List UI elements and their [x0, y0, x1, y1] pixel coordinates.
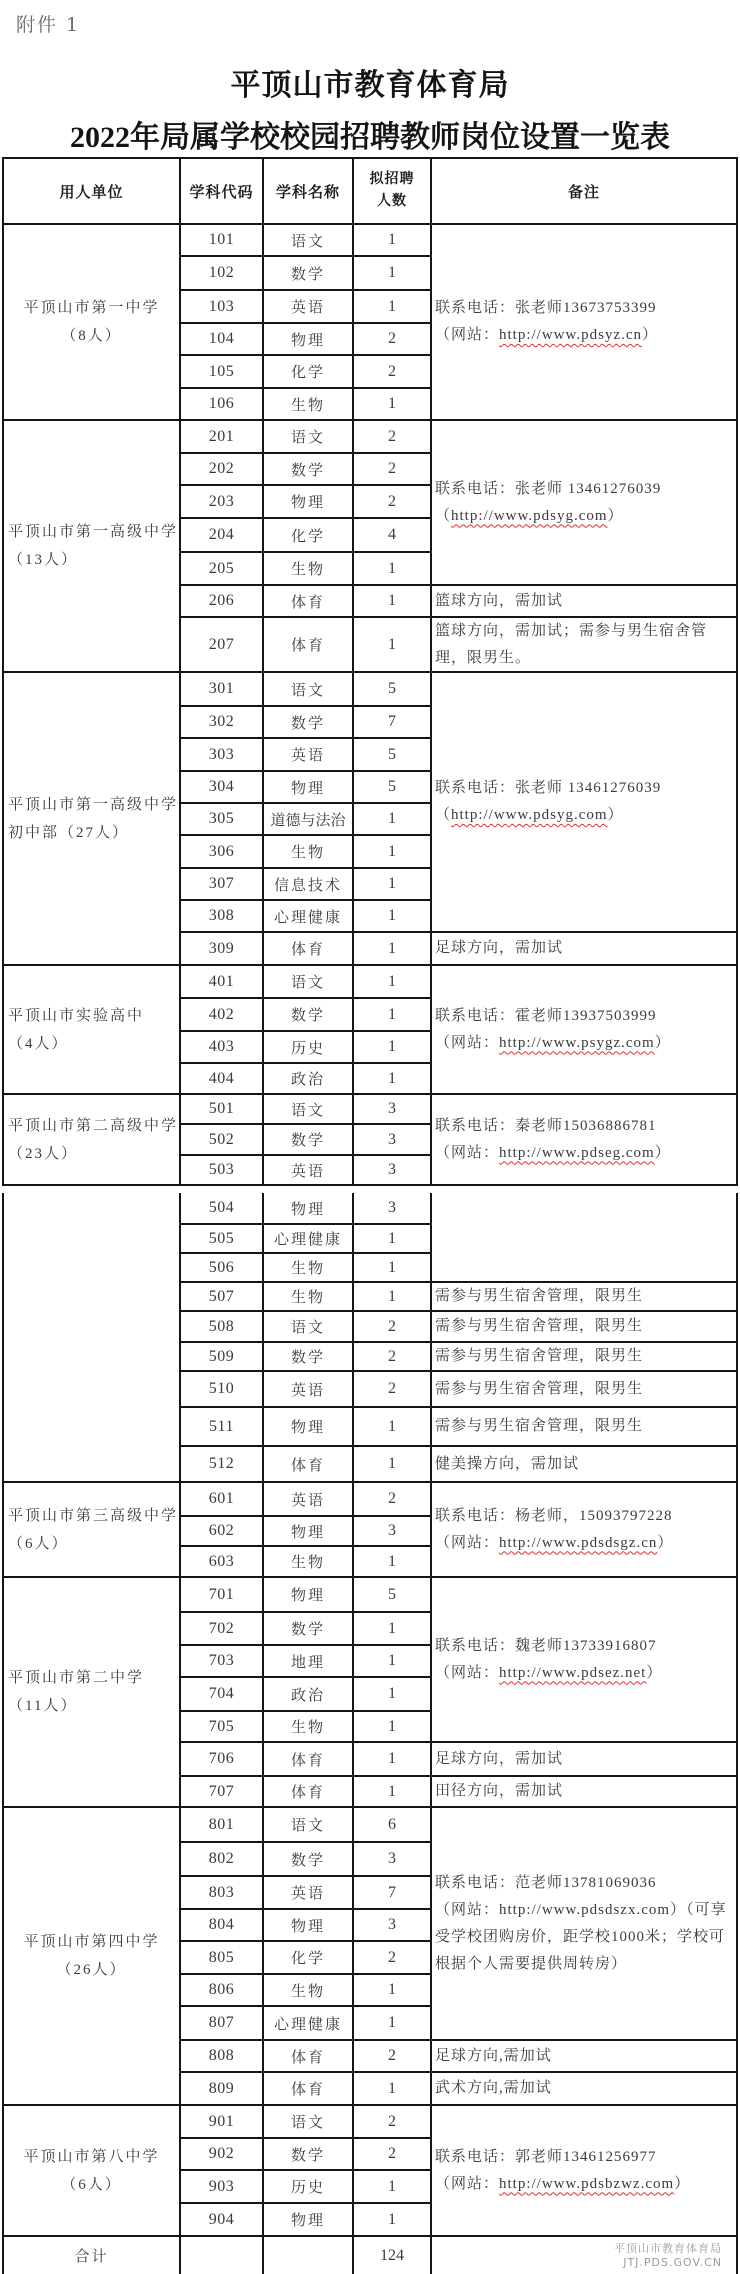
- contact-remark-cell: 联系电话：霍老师13937503999 （网站：http://www.psygz…: [432, 966, 738, 1095]
- contact-website: （网站：http://www.psygz.com）: [435, 1030, 671, 1057]
- contact-remark-cell: 联系电话：张老师13673753399 （网站：http://www.pdsyz…: [432, 225, 738, 421]
- subject-code-cell: 203: [181, 486, 264, 519]
- subject-name-cell: 物理: [264, 1517, 354, 1547]
- subject-name-cell: 心理健康: [264, 1225, 354, 1254]
- recruitment-table-part-1: 用人单位 学科代码 学科名称 拟招聘 人数 备注 平顶山市第一中学 （8人） 联…: [2, 157, 738, 1186]
- subject-name-cell: 生物: [264, 836, 354, 869]
- subject-name-cell: 语文: [264, 2106, 354, 2139]
- subject-name-cell: 数学: [264, 707, 354, 739]
- planned-count-cell: 1: [354, 1613, 432, 1646]
- row-remark-cell: 需参与男生宿舍管理，限男生: [432, 1343, 738, 1372]
- subject-code-cell: 509: [181, 1343, 264, 1372]
- planned-count-cell: 2: [354, 2139, 432, 2171]
- contact-phone: 联系电话：秦老师15036886781: [435, 1113, 657, 1140]
- subject-name-cell: 数学: [264, 454, 354, 486]
- planned-count-cell: 1: [354, 1646, 432, 1678]
- subject-name-cell: 数学: [264, 1843, 354, 1877]
- subject-code-cell: 507: [181, 1283, 264, 1312]
- subject-code-cell: 804: [181, 1910, 264, 1942]
- unit-quota: （11人）: [8, 1692, 77, 1720]
- contact-remark-cell: 联系电话：张老师 13461276039 （http://www.pdsyg.c…: [432, 421, 738, 586]
- planned-count-cell: 7: [354, 1877, 432, 1910]
- planned-count-cell: 1: [354, 2007, 432, 2041]
- header-planned-count-line2: 人数: [377, 191, 407, 213]
- contact-website: （网站：http://www.pdsbzwz.com）: [435, 2171, 690, 2198]
- contact-phone: 联系电话：郭老师13461256977: [435, 2144, 657, 2171]
- subject-code-cell: 308: [181, 901, 264, 933]
- website-suffix: ）: [674, 2176, 690, 2192]
- subject-name-cell: 物理: [264, 1408, 354, 1447]
- document-title: 平顶山市教育体育局: [0, 60, 740, 104]
- header-subject-name: 学科名称: [264, 159, 354, 225]
- website-suffix: ）: [655, 1145, 671, 1161]
- subject-name-cell: 体育: [264, 2073, 354, 2106]
- planned-count-cell: 1: [354, 2171, 432, 2204]
- watermark-line1: 平顶山市教育体育局: [614, 2242, 722, 2256]
- subject-code-cell: 803: [181, 1877, 264, 1910]
- contact-website: （网站：http://www.pdsyz.cn）: [435, 322, 658, 349]
- subject-name-cell: 数学: [264, 1343, 354, 1372]
- subject-name-cell: 语文: [264, 1808, 354, 1843]
- subject-code-cell: 105: [181, 356, 264, 389]
- contact-phone: 联系电话：张老师 13461276039: [435, 476, 661, 503]
- subject-name-cell: 体育: [264, 2041, 354, 2073]
- planned-count-cell: 1: [354, 1254, 432, 1283]
- planned-count-cell: 1: [354, 618, 432, 673]
- subject-name-cell: 物理: [264, 2204, 354, 2237]
- subject-name-cell: 生物: [264, 1254, 354, 1283]
- planned-count-cell: 3: [354, 1843, 432, 1877]
- planned-count-cell: 1: [354, 999, 432, 1032]
- subject-name-cell: 历史: [264, 1032, 354, 1064]
- watermark: 平顶山市教育体育局 JTJ.PDS.GOV.CN: [432, 2237, 738, 2274]
- header-planned-count: 拟招聘 人数: [354, 159, 432, 225]
- contact-phone: 联系电话：杨老师，15093797228: [435, 1503, 673, 1530]
- planned-count-cell: 2: [354, 454, 432, 486]
- subject-name-cell: 地理: [264, 1646, 354, 1678]
- planned-count-cell: 1: [354, 836, 432, 869]
- subject-name-cell: 道德与法治: [264, 804, 354, 836]
- row-remark-cell: 足球方向,需加试: [432, 2041, 738, 2073]
- subject-name-cell: 政治: [264, 1064, 354, 1095]
- website-prefix: （网站：: [435, 1035, 499, 1051]
- watermark-line2: JTJ.PDS.GOV.CN: [623, 2256, 722, 2270]
- subject-code-cell: 512: [181, 1447, 264, 1483]
- planned-count-cell: 1: [354, 553, 432, 586]
- unit-quota: （23人）: [8, 1140, 78, 1168]
- planned-count-cell: 1: [354, 1225, 432, 1254]
- subject-code-cell: 306: [181, 836, 264, 869]
- planned-count-cell: 2: [354, 356, 432, 389]
- planned-count-cell: 4: [354, 519, 432, 553]
- contact-website: （网站：http://www.pdsdszx.com）（可享受学校团购房价，距学…: [435, 1897, 734, 1978]
- subject-name-cell: 语文: [264, 673, 354, 707]
- planned-count-cell: 1: [354, 257, 432, 291]
- unit-quota: （6人）: [61, 2171, 122, 2199]
- subject-code-cell: 404: [181, 1064, 264, 1095]
- unit-name: 平顶山市第一高级中学: [8, 518, 178, 546]
- subject-code-cell: 706: [181, 1743, 264, 1777]
- website-url: http://www.psygz.com: [499, 1035, 655, 1051]
- contact-remark-cell: 联系电话：范老师13781069036 （网站：http://www.pdsds…: [432, 1808, 738, 2041]
- contact-remark-cell-continued: [432, 1193, 738, 1283]
- row-remark-cell: 田径方向，需加试: [432, 1777, 738, 1808]
- website-suffix: ）: [657, 1535, 673, 1551]
- subject-name-cell: 历史: [264, 2171, 354, 2204]
- subject-name-cell: 语文: [264, 1095, 354, 1125]
- document-subtitle: 2022年局属学校校园招聘教师岗位设置一览表: [0, 112, 740, 156]
- website-prefix: （网站：: [435, 1535, 499, 1551]
- website-url: http://www.pdseg.com: [499, 1145, 655, 1161]
- subject-code-cell: 301: [181, 673, 264, 707]
- planned-count-cell: 6: [354, 1808, 432, 1843]
- planned-count-cell: 3: [354, 1095, 432, 1125]
- subject-name-cell: 英语: [264, 291, 354, 324]
- contact-phone: 联系电话：霍老师13937503999: [435, 1003, 657, 1030]
- planned-count-cell: 5: [354, 673, 432, 707]
- planned-count-cell: 3: [354, 1910, 432, 1942]
- subject-code-cell: 201: [181, 421, 264, 454]
- website-url: http://www.pdsyg.com: [451, 508, 608, 524]
- website-url: http://www.pdsdsgz.cn: [499, 1535, 657, 1551]
- subject-name-cell: 语文: [264, 421, 354, 454]
- unit-name-cell: 平顶山市第三高级中学 （6人）: [4, 1483, 181, 1578]
- website-suffix: ）: [608, 508, 624, 524]
- subject-code-cell: 104: [181, 324, 264, 356]
- planned-count-cell: 5: [354, 1578, 432, 1613]
- subject-code-cell: 901: [181, 2106, 264, 2139]
- planned-count-cell: 1: [354, 1678, 432, 1712]
- subject-code-cell: 305: [181, 804, 264, 836]
- subject-code-cell: 403: [181, 1032, 264, 1064]
- subject-name-cell: 化学: [264, 519, 354, 553]
- unit-name-cell: 平顶山市第一中学 （8人）: [4, 225, 181, 421]
- subject-code-cell: 809: [181, 2073, 264, 2106]
- contact-remark-cell: 联系电话：郭老师13461256977 （网站：http://www.pdsbz…: [432, 2106, 738, 2237]
- website-prefix: （网站：: [435, 2176, 499, 2192]
- row-remark-cell: 篮球方向，需加试；需参与男生宿舍管理，限男生。: [432, 618, 738, 673]
- unit-name-cell: 平顶山市第一高级中学 初中部（27人）: [4, 673, 181, 966]
- total-count-cell: 124: [354, 2237, 432, 2274]
- subject-code-cell: 510: [181, 1372, 264, 1408]
- subject-code-cell: 502: [181, 1125, 264, 1156]
- subject-code-cell: 806: [181, 1975, 264, 2007]
- row-remark-cell: 需参与男生宿舍管理，限男生: [432, 1408, 738, 1447]
- planned-count-cell: 1: [354, 1777, 432, 1808]
- subject-code-cell: 801: [181, 1808, 264, 1843]
- planned-count-cell: 7: [354, 707, 432, 739]
- unit-name: 平顶山市第三高级中学: [8, 1502, 178, 1530]
- unit-name: 平顶山市实验高中: [8, 1002, 144, 1030]
- subject-code-cell: 204: [181, 519, 264, 553]
- header-planned-count-line1: 拟招聘: [370, 169, 415, 191]
- contact-remark-cell: 联系电话：杨老师，15093797228 （网站：http://www.pdsd…: [432, 1483, 738, 1578]
- unit-name-cell: 平顶山市实验高中 （4人）: [4, 966, 181, 1095]
- subject-name-cell: 语文: [264, 1312, 354, 1343]
- subject-code-cell: 807: [181, 2007, 264, 2041]
- subject-code-cell: 206: [181, 586, 264, 618]
- planned-count-cell: 1: [354, 1547, 432, 1578]
- planned-count-cell: 2: [354, 486, 432, 519]
- subject-code-cell: 506: [181, 1254, 264, 1283]
- subject-code-cell: 603: [181, 1547, 264, 1578]
- website-suffix: ）: [655, 1035, 671, 1051]
- subject-code-cell: 705: [181, 1712, 264, 1743]
- unit-quota: 初中部（27人）: [8, 819, 129, 847]
- planned-count-cell: 1: [354, 901, 432, 933]
- unit-name-cell-continued: [4, 1193, 181, 1483]
- contact-website: （网站：http://www.pdseg.com）: [435, 1140, 671, 1167]
- subject-name-cell: 英语: [264, 1372, 354, 1408]
- website-prefix: （网站：: [435, 1665, 499, 1681]
- subject-name-cell: 数学: [264, 1125, 354, 1156]
- total-subject-cell: [264, 2237, 354, 2274]
- unit-name: 平顶山市第一高级中学: [8, 791, 178, 819]
- planned-count-cell: 1: [354, 1064, 432, 1095]
- unit-name-cell: 平顶山市第四中学 （26人）: [4, 1808, 181, 2106]
- row-remark-cell: 篮球方向，需加试: [432, 586, 738, 618]
- contact-remark-cell: 联系电话：魏老师13733916807 （网站：http://www.pdsez…: [432, 1578, 738, 1743]
- unit-name: 平顶山市第四中学: [23, 1928, 159, 1956]
- row-remark-cell: 足球方向，需加试: [432, 933, 738, 966]
- subject-code-cell: 902: [181, 2139, 264, 2171]
- unit-name-cell: 平顶山市第二高级中学 （23人）: [4, 1095, 181, 1186]
- subject-name-cell: 物理: [264, 486, 354, 519]
- contact-phone: 联系电话：张老师13673753399: [435, 295, 657, 322]
- planned-count-cell: 1: [354, 966, 432, 999]
- website-prefix: （: [435, 807, 451, 823]
- unit-name: 平顶山市第二高级中学: [8, 1112, 178, 1140]
- subject-code-cell: 805: [181, 1942, 264, 1975]
- subject-code-cell: 401: [181, 966, 264, 999]
- subject-name-cell: 体育: [264, 1447, 354, 1483]
- subject-name-cell: 生物: [264, 389, 354, 421]
- website-prefix: （网站：: [435, 1902, 499, 1918]
- planned-count-cell: 1: [354, 586, 432, 618]
- subject-name-cell: 心理健康: [264, 2007, 354, 2041]
- subject-name-cell: 体育: [264, 1743, 354, 1777]
- subject-name-cell: 政治: [264, 1678, 354, 1712]
- row-remark-cell: 需参与男生宿舍管理，限男生: [432, 1372, 738, 1408]
- subject-code-cell: 103: [181, 291, 264, 324]
- planned-count-cell: 3: [354, 1156, 432, 1186]
- planned-count-cell: 1: [354, 1032, 432, 1064]
- header-subject-code: 学科代码: [181, 159, 264, 225]
- subject-name-cell: 英语: [264, 1156, 354, 1186]
- subject-code-cell: 508: [181, 1312, 264, 1343]
- planned-count-cell: 1: [354, 1408, 432, 1447]
- subject-code-cell: 202: [181, 454, 264, 486]
- subject-code-cell: 102: [181, 257, 264, 291]
- website-suffix: ）: [646, 1665, 662, 1681]
- planned-count-cell: 2: [354, 2041, 432, 2073]
- unit-name-cell: 平顶山市第一高级中学 （13人）: [4, 421, 181, 673]
- subject-code-cell: 309: [181, 933, 264, 966]
- row-remark-cell: 足球方向，需加试: [432, 1743, 738, 1777]
- contact-phone: 联系电话：魏老师13733916807: [435, 1633, 657, 1660]
- website-prefix: （网站：: [435, 1145, 499, 1161]
- subject-code-cell: 101: [181, 225, 264, 257]
- subject-name-cell: 英语: [264, 1483, 354, 1517]
- subject-name-cell: 语文: [264, 225, 354, 257]
- subject-code-cell: 503: [181, 1156, 264, 1186]
- planned-count-cell: 1: [354, 869, 432, 901]
- row-remark-cell: 武术方向,需加试: [432, 2073, 738, 2106]
- website-prefix: （: [435, 508, 451, 524]
- subject-code-cell: 701: [181, 1578, 264, 1613]
- subject-code-cell: 106: [181, 389, 264, 421]
- website-url: http://www.pdsyg.com: [451, 807, 608, 823]
- unit-quota: （13人）: [8, 546, 78, 574]
- unit-quota: （4人）: [8, 1030, 69, 1058]
- planned-count-cell: 5: [354, 739, 432, 772]
- subject-name-cell: 物理: [264, 1193, 354, 1225]
- row-remark-cell: 需参与男生宿舍管理，限男生: [432, 1283, 738, 1312]
- planned-count-cell: 2: [354, 1312, 432, 1343]
- planned-count-cell: 1: [354, 804, 432, 836]
- website-suffix: ）: [642, 327, 658, 343]
- subject-code-cell: 601: [181, 1483, 264, 1517]
- contact-remark-cell: 联系电话：秦老师15036886781 （网站：http://www.pdseg…: [432, 1095, 738, 1186]
- subject-name-cell: 体育: [264, 618, 354, 673]
- unit-quota: （8人）: [61, 322, 122, 350]
- website-url: http://www.pdsdszx.com: [499, 1902, 670, 1918]
- subject-name-cell: 化学: [264, 356, 354, 389]
- header-remarks: 备注: [432, 159, 738, 225]
- planned-count-cell: 2: [354, 1372, 432, 1408]
- contact-remark-cell: 联系电话：张老师 13461276039 （http://www.pdsyg.c…: [432, 673, 738, 933]
- subject-code-cell: 207: [181, 618, 264, 673]
- subject-name-cell: 生物: [264, 1283, 354, 1312]
- unit-name-cell: 平顶山市第八中学 （6人）: [4, 2106, 181, 2237]
- website-url: http://www.pdsez.net: [499, 1665, 646, 1681]
- unit-name-cell: 平顶山市第二中学 （11人）: [4, 1578, 181, 1808]
- unit-name: 平顶山市第二中学: [8, 1664, 144, 1692]
- subject-code-cell: 205: [181, 553, 264, 586]
- planned-count-cell: 1: [354, 933, 432, 966]
- subject-code-cell: 511: [181, 1408, 264, 1447]
- unit-quota: （26人）: [56, 1956, 126, 1984]
- website-suffix: ）: [608, 807, 624, 823]
- contact-phone: 联系电话：范老师13781069036: [435, 1870, 657, 1897]
- subject-name-cell: 英语: [264, 1877, 354, 1910]
- unit-quota: （6人）: [8, 1530, 69, 1558]
- subject-code-cell: 304: [181, 772, 264, 804]
- website-suffix: ）: [670, 1902, 686, 1918]
- header-unit: 用人单位: [4, 159, 181, 225]
- subject-code-cell: 904: [181, 2204, 264, 2237]
- subject-code-cell: 302: [181, 707, 264, 739]
- planned-count-cell: 1: [354, 2204, 432, 2237]
- planned-count-cell: 2: [354, 1343, 432, 1372]
- subject-code-cell: 402: [181, 999, 264, 1032]
- subject-name-cell: 英语: [264, 739, 354, 772]
- planned-count-cell: 1: [354, 1975, 432, 2007]
- total-code-cell: [181, 2237, 264, 2274]
- subject-code-cell: 704: [181, 1678, 264, 1712]
- subject-code-cell: 504: [181, 1193, 264, 1225]
- contact-phone: 联系电话：张老师 13461276039: [435, 775, 661, 802]
- unit-name: 平顶山市第一中学: [23, 294, 159, 322]
- subject-name-cell: 生物: [264, 1975, 354, 2007]
- unit-name: 平顶山市第八中学: [23, 2143, 159, 2171]
- planned-count-cell: 3: [354, 1125, 432, 1156]
- contact-website: （网站：http://www.pdsdsgz.cn）: [435, 1530, 673, 1557]
- planned-count-cell: 2: [354, 1483, 432, 1517]
- website-url: http://www.pdsbzwz.com: [499, 2176, 674, 2192]
- row-remark-cell: 需参与男生宿舍管理，限男生: [432, 1312, 738, 1343]
- subject-name-cell: 数学: [264, 1613, 354, 1646]
- subject-code-cell: 702: [181, 1613, 264, 1646]
- subject-code-cell: 307: [181, 869, 264, 901]
- subject-name-cell: 信息技术: [264, 869, 354, 901]
- subject-code-cell: 501: [181, 1095, 264, 1125]
- subject-code-cell: 505: [181, 1225, 264, 1254]
- total-label-cell: 合计: [4, 2237, 181, 2274]
- subject-name-cell: 心理健康: [264, 901, 354, 933]
- subject-name-cell: 数学: [264, 257, 354, 291]
- website-url: http://www.pdsyz.cn: [499, 327, 642, 343]
- subject-code-cell: 703: [181, 1646, 264, 1678]
- subject-name-cell: 体育: [264, 586, 354, 618]
- subject-code-cell: 602: [181, 1517, 264, 1547]
- subject-code-cell: 303: [181, 739, 264, 772]
- subject-name-cell: 数学: [264, 999, 354, 1032]
- contact-website: （网站：http://www.pdsez.net）: [435, 1660, 662, 1687]
- subject-code-cell: 802: [181, 1843, 264, 1877]
- planned-count-cell: 3: [354, 1517, 432, 1547]
- planned-count-cell: 2: [354, 324, 432, 356]
- subject-name-cell: 语文: [264, 966, 354, 999]
- subject-name-cell: 物理: [264, 324, 354, 356]
- attachment-label: 附件 1: [16, 10, 80, 37]
- recruitment-table-part-2: 504 物理 3 505 心理健康 1 506 生物 1 507 生物 1 需参…: [2, 1193, 738, 2274]
- contact-website: （http://www.pdsyg.com）: [435, 503, 624, 530]
- planned-count-cell: 1: [354, 291, 432, 324]
- website-prefix: （网站：: [435, 327, 499, 343]
- subject-name-cell: 物理: [264, 772, 354, 804]
- planned-count-cell: 1: [354, 2073, 432, 2106]
- subject-name-cell: 体育: [264, 933, 354, 966]
- planned-count-cell: 1: [354, 1712, 432, 1743]
- subject-name-cell: 生物: [264, 1547, 354, 1578]
- contact-website: （http://www.pdsyg.com）: [435, 802, 624, 829]
- subject-name-cell: 物理: [264, 1910, 354, 1942]
- subject-name-cell: 物理: [264, 1578, 354, 1613]
- planned-count-cell: 1: [354, 225, 432, 257]
- subject-name-cell: 体育: [264, 1777, 354, 1808]
- planned-count-cell: 5: [354, 772, 432, 804]
- planned-count-cell: 3: [354, 1193, 432, 1225]
- subject-name-cell: 生物: [264, 553, 354, 586]
- subject-code-cell: 903: [181, 2171, 264, 2204]
- planned-count-cell: 2: [354, 421, 432, 454]
- subject-code-cell: 707: [181, 1777, 264, 1808]
- planned-count-cell: 1: [354, 1447, 432, 1483]
- subject-name-cell: 生物: [264, 1712, 354, 1743]
- row-remark-cell: 健美操方向，需加试: [432, 1447, 738, 1483]
- planned-count-cell: 1: [354, 389, 432, 421]
- subject-name-cell: 化学: [264, 1942, 354, 1975]
- subject-code-cell: 808: [181, 2041, 264, 2073]
- planned-count-cell: 1: [354, 1743, 432, 1777]
- planned-count-cell: 2: [354, 1942, 432, 1975]
- subject-name-cell: 数学: [264, 2139, 354, 2171]
- planned-count-cell: 2: [354, 2106, 432, 2139]
- planned-count-cell: 1: [354, 1283, 432, 1312]
